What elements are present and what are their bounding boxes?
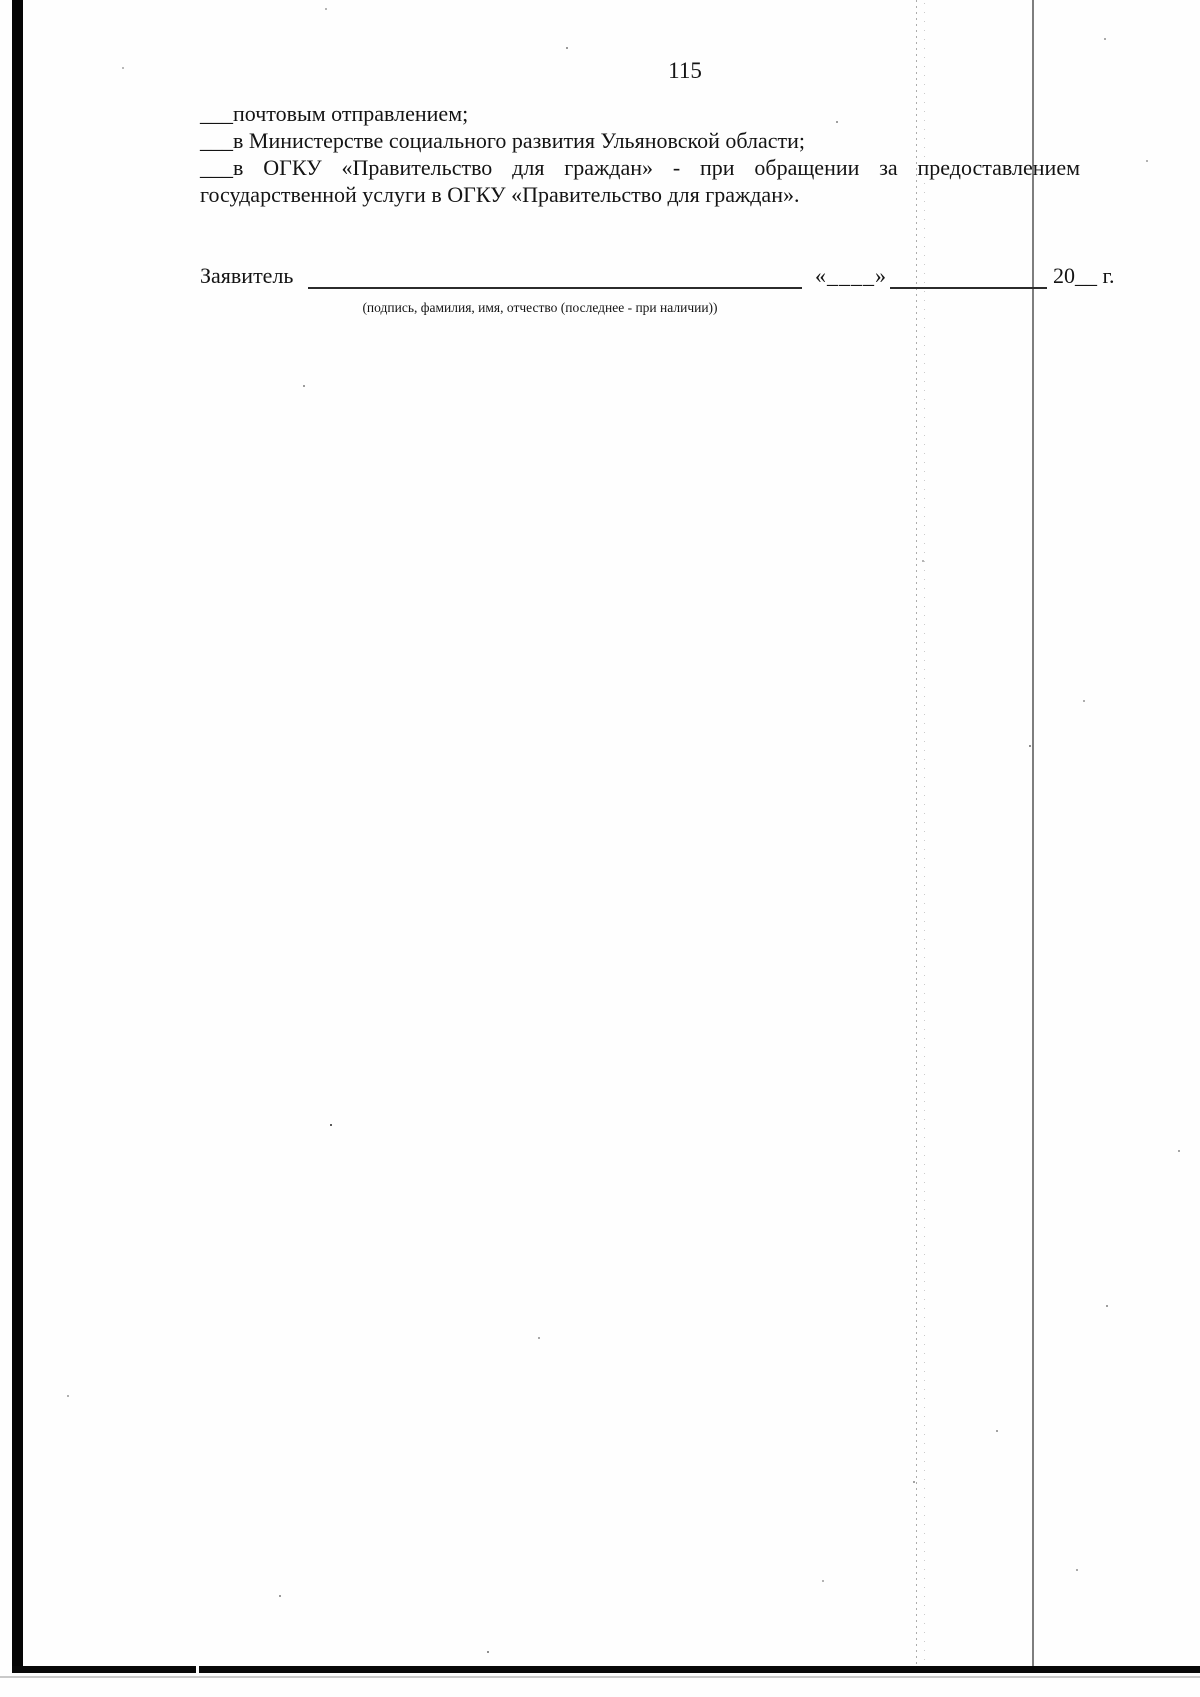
delivery-option-line-ogku: ___в ОГКУ «Правительство для граждан» - … bbox=[200, 154, 1080, 181]
delivery-option-line-ministry: ___в Министерстве социального развития У… bbox=[200, 127, 1080, 154]
signature-blank-line bbox=[308, 263, 802, 289]
delivery-option-line-postal: ___почтовым отправлением; bbox=[200, 100, 1080, 127]
scan-bottom-bar-notch bbox=[196, 1666, 199, 1673]
scan-vertical-solid-line bbox=[1032, 0, 1034, 1666]
signature-row: Заявитель «____» 20__ г. bbox=[0, 263, 1200, 297]
scan-vertical-dotted-line-2 bbox=[924, 0, 925, 1666]
scan-noise-speckles bbox=[0, 0, 2, 2]
page-number: 115 bbox=[640, 58, 730, 84]
scan-vertical-dotted-line-1 bbox=[916, 0, 917, 1666]
date-day-blank-field: «____» bbox=[815, 263, 887, 289]
year-blank-label: 20__ г. bbox=[1053, 263, 1115, 289]
date-month-blank-line bbox=[890, 263, 1047, 289]
scan-bottom-edge-bar bbox=[12, 1666, 1200, 1673]
scan-bottom-hairline bbox=[0, 1676, 1200, 1678]
scanned-document-page: 115 ___почтовым отправлением; ___в Минис… bbox=[0, 0, 1200, 1697]
applicant-label: Заявитель bbox=[200, 263, 293, 289]
signature-caption: (подпись, фамилия, имя, отчество (послед… bbox=[290, 300, 790, 316]
scan-left-edge-bar bbox=[12, 0, 23, 1673]
body-text-block: ___почтовым отправлением; ___в Министерс… bbox=[200, 100, 1080, 208]
delivery-option-line-ogku-continuation: государственной услуги в ОГКУ «Правитель… bbox=[200, 181, 1080, 208]
